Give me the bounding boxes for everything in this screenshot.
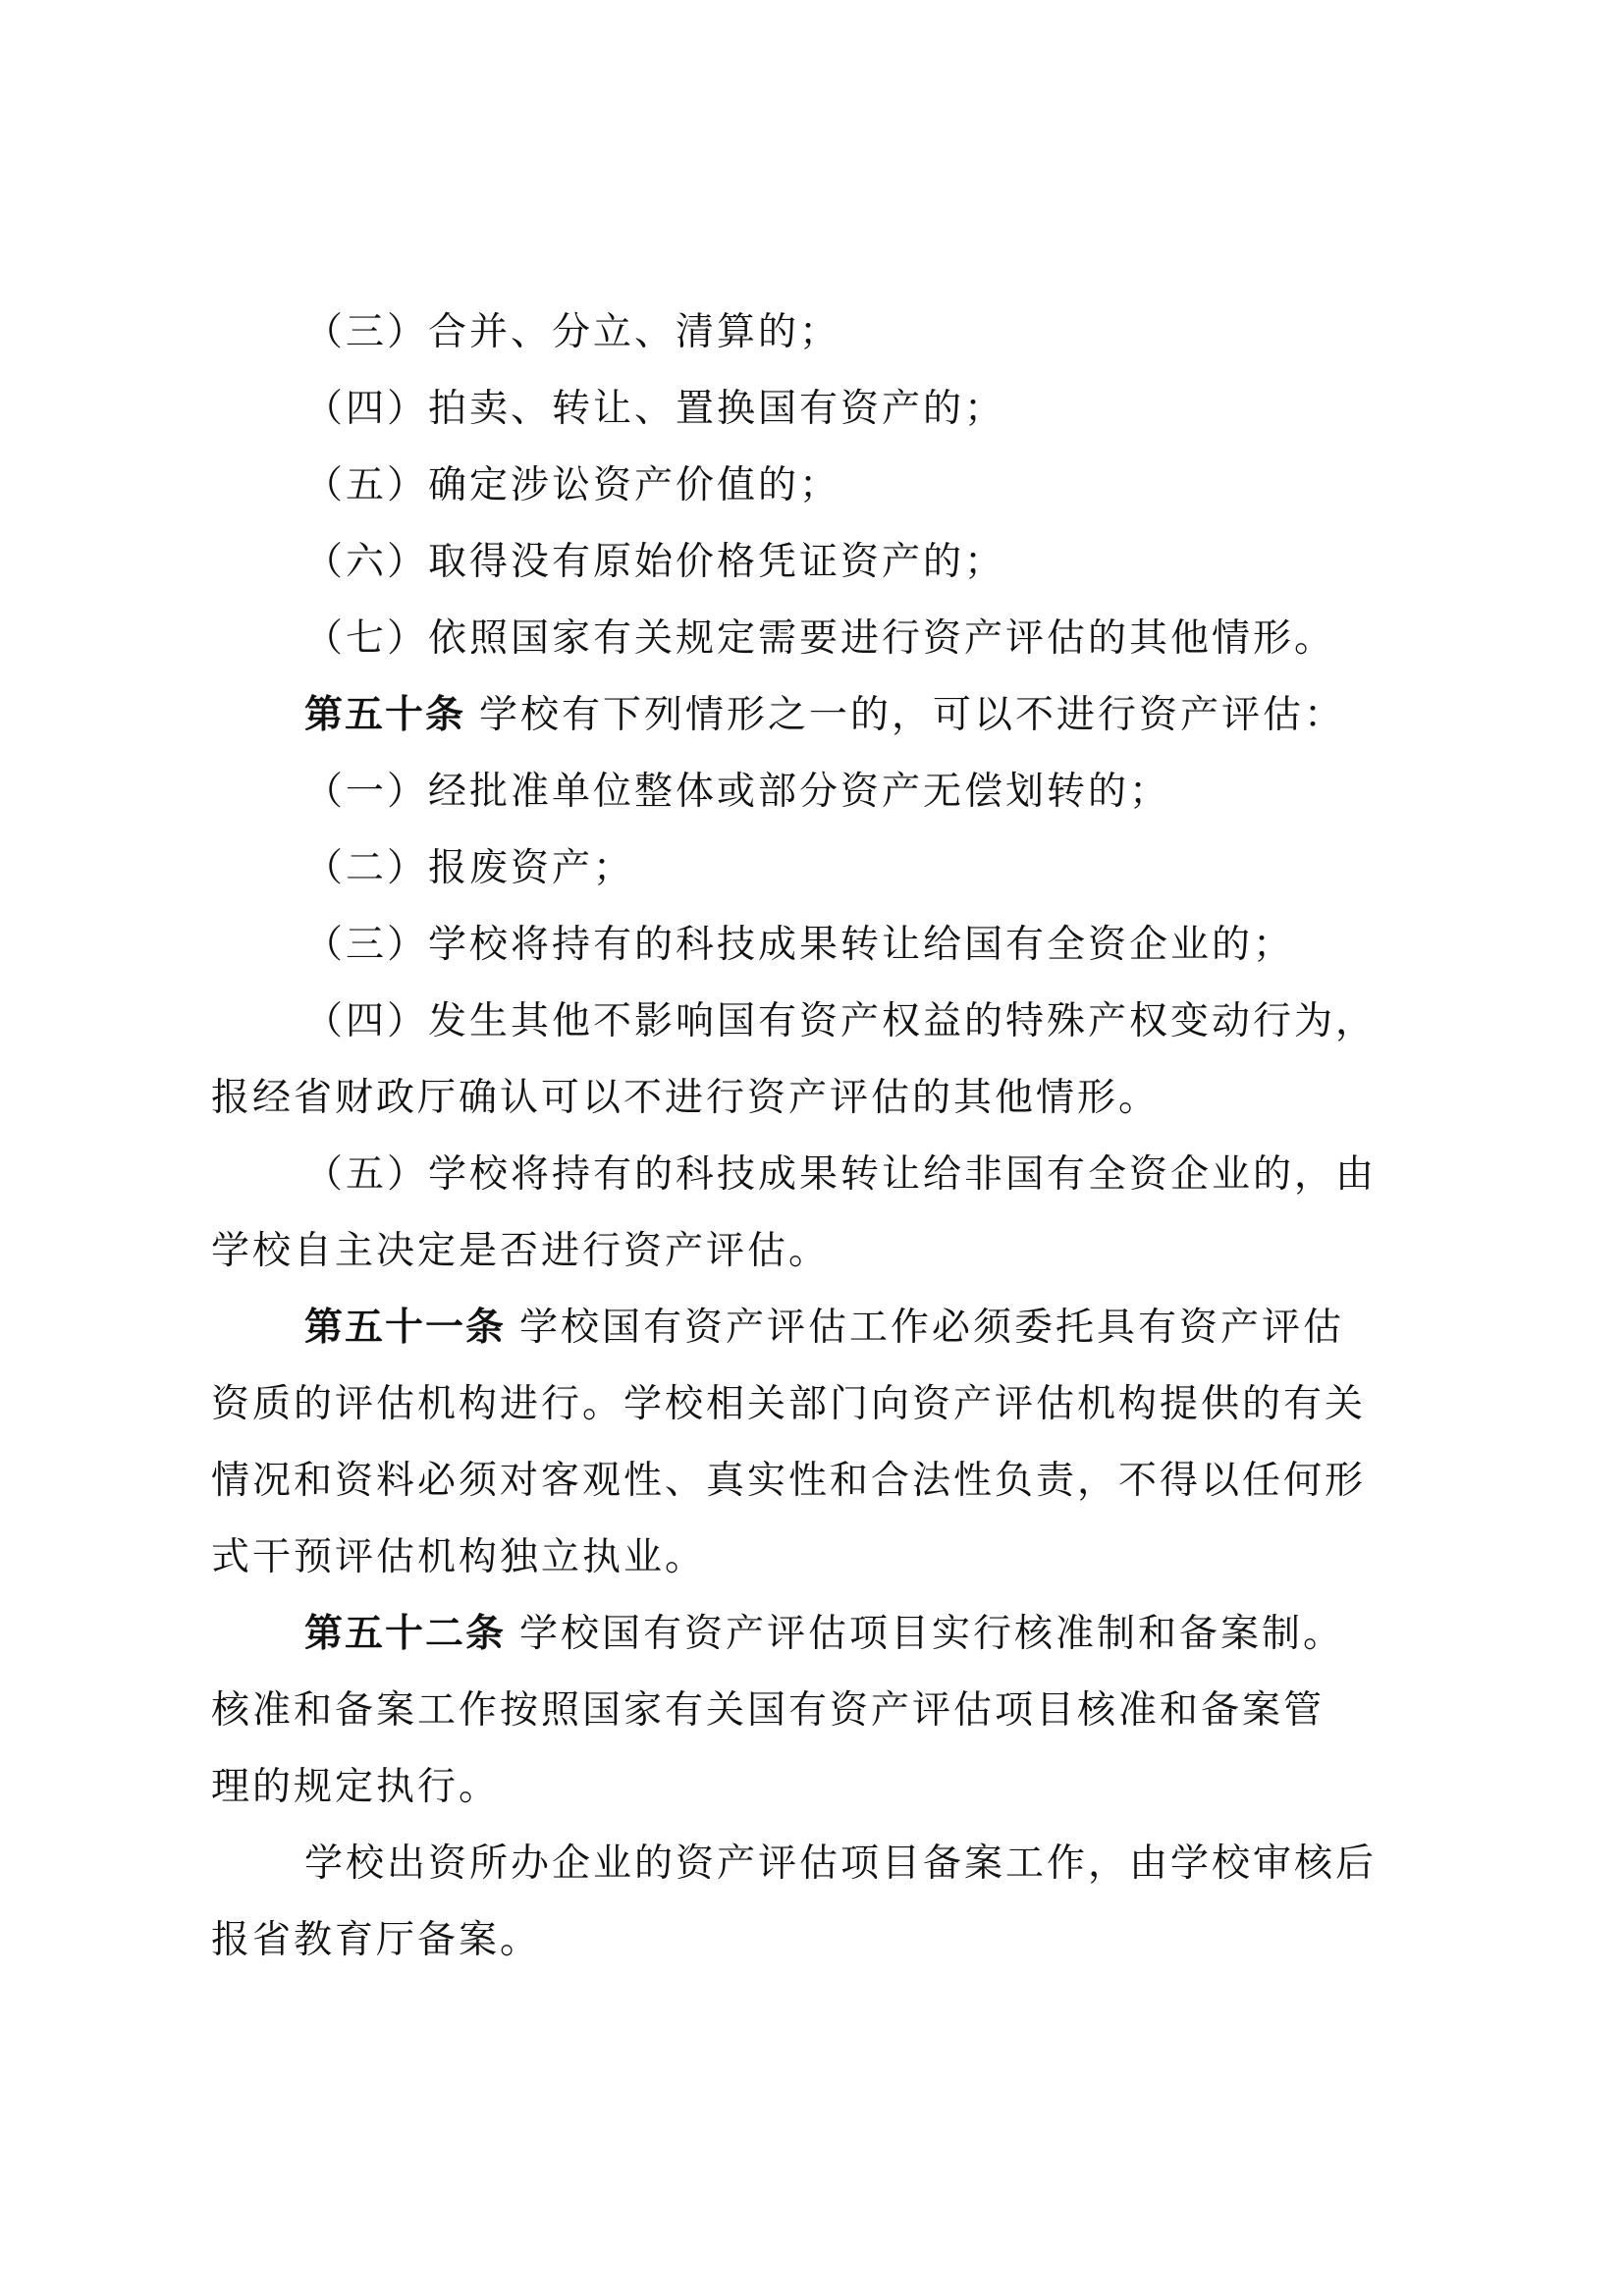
article52-paragraph: 第五十二条学校国有资产评估项目实行核准制和备案制。 bbox=[211, 1596, 1414, 1673]
article50-heading: 第五十条 bbox=[304, 693, 465, 737]
article51-line1: 学校国有资产评估工作必须委托具有资产评估 bbox=[519, 1306, 1344, 1350]
article49-item-4: （四）拍卖、转让、置换国有资产的； bbox=[211, 371, 1414, 448]
article50-item-1: （一）经批准单位整体或部分资产无偿划转的； bbox=[211, 754, 1414, 830]
article50-text: 学校有下列情形之一的，可以不进行资产评估： bbox=[479, 693, 1345, 737]
article49-item-3: （三）合并、分立、清算的； bbox=[211, 294, 1414, 371]
article52-line1: 学校国有资产评估项目实行核准制和备案制。 bbox=[519, 1612, 1344, 1656]
article51-heading: 第五十一条 bbox=[304, 1306, 506, 1350]
article52-para2-line2: 报省教育厅备案。 bbox=[211, 1902, 1414, 1979]
article51-paragraph: 第五十一条学校国有资产评估工作必须委托具有资产评估 bbox=[211, 1290, 1414, 1366]
article51-line4: 式干预评估机构独立执业。 bbox=[211, 1520, 1414, 1596]
article52-heading: 第五十二条 bbox=[304, 1612, 506, 1656]
article51-line3: 情况和资料必须对客观性、真实性和合法性负责，不得以任何形 bbox=[211, 1443, 1414, 1520]
article50-item-4-line2: 报经省财政厅确认可以不进行资产评估的其他情形。 bbox=[211, 1060, 1414, 1137]
article52-line2: 核准和备案工作按照国家有关国有资产评估项目核准和备案管 bbox=[211, 1673, 1414, 1749]
article50-item-5-line2: 学校自主决定是否进行资产评估。 bbox=[211, 1213, 1414, 1290]
article49-item-5: （五）确定涉讼资产价值的； bbox=[211, 448, 1414, 524]
article50-paragraph: 第五十条学校有下列情形之一的，可以不进行资产评估： bbox=[211, 677, 1414, 754]
article51-line2: 资质的评估机构进行。学校相关部门向资产评估机构提供的有关 bbox=[211, 1366, 1414, 1443]
article52-para2-line1: 学校出资所办企业的资产评估项目备案工作，由学校审核后 bbox=[211, 1826, 1414, 1902]
article50-item-3: （三）学校将持有的科技成果转让给国有全资企业的； bbox=[211, 907, 1414, 984]
article52-line3: 理的规定执行。 bbox=[211, 1749, 1414, 1826]
article49-item-7: （七）依照国家有关规定需要进行资产评估的其他情形。 bbox=[211, 601, 1414, 677]
article50-item-5-line1: （五）学校将持有的科技成果转让给非国有全资企业的，由 bbox=[211, 1137, 1414, 1213]
article49-item-6: （六）取得没有原始价格凭证资产的； bbox=[211, 524, 1414, 601]
article50-item-4-line1: （四）发生其他不影响国有资产权益的特殊产权变动行为， bbox=[211, 984, 1414, 1060]
article50-item-2: （二）报废资产； bbox=[211, 830, 1414, 907]
document-page: （三）合并、分立、清算的； （四）拍卖、转让、置换国有资产的； （五）确定涉讼资… bbox=[211, 294, 1414, 1979]
